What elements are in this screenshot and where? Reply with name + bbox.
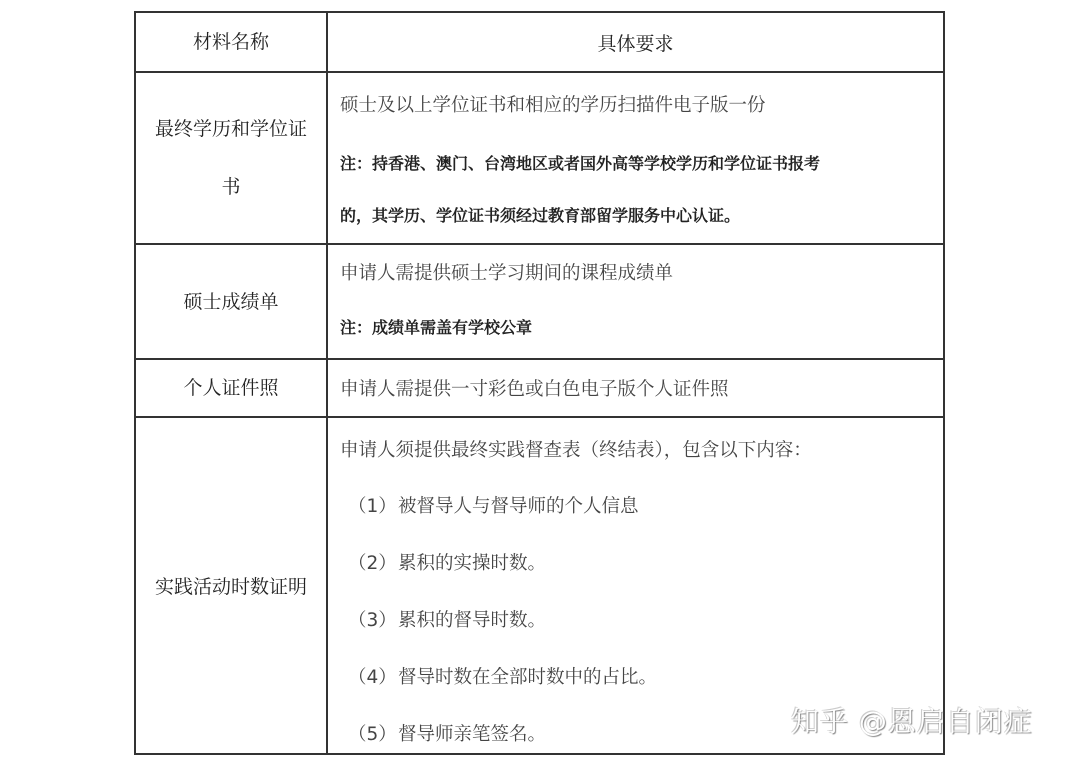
list-item-text: 累积的实操时数。 — [398, 553, 546, 574]
requirement-line: 申请人需提供一寸彩色或白色电子版个人证件照 — [340, 375, 729, 401]
list-item-text: 督导师亲笔签名。 — [398, 724, 546, 745]
row-name: 硕士成绩单 — [136, 245, 328, 358]
row-name-text: 最终学历和学位证书 — [149, 100, 314, 216]
list-item: （1）被督导人与督导师的个人信息 — [340, 492, 639, 518]
list-item-text: 累积的督导时数。 — [398, 610, 546, 631]
requirement-note: 注：成绩单需盖有学校公章 — [340, 315, 532, 338]
header-material-name: 材料名称 — [136, 13, 328, 71]
requirement-note: 的，其学历、学位证书须经过教育部留学服务中心认证。 — [340, 203, 740, 226]
table-row-degree: 最终学历和学位证书 硕士及以上学位证书和相应的学历扫描件电子版一份 注：持香港、… — [136, 71, 943, 243]
materials-table: 材料名称 具体要求 最终学历和学位证书 硕士及以上学位证书和相应的学历扫描件电子… — [134, 11, 945, 755]
list-item-number: （4） — [348, 663, 398, 689]
watermark: 知乎 @恩启自闭症 — [791, 700, 1033, 740]
list-item-text: 督导时数在全部时数中的占比。 — [398, 667, 657, 688]
list-item: （5）督导师亲笔签名。 — [340, 720, 546, 746]
row-name: 个人证件照 — [136, 360, 328, 416]
row-requirement: 申请人需提供一寸彩色或白色电子版个人证件照 — [328, 360, 943, 416]
row-name-text: 实践活动时数证明 — [149, 558, 314, 616]
requirement-intro: 申请人须提供最终实践督查表（终结表），包含以下内容： — [340, 436, 812, 462]
table-row-photo: 个人证件照 申请人需提供一寸彩色或白色电子版个人证件照 — [136, 358, 943, 416]
list-item-number: （1） — [348, 492, 398, 518]
row-name: 最终学历和学位证书 — [136, 73, 328, 243]
list-item: （4）督导时数在全部时数中的占比。 — [340, 663, 657, 689]
list-item-number: （5） — [348, 720, 398, 746]
list-item-number: （2） — [348, 549, 398, 575]
requirement-line: 硕士及以上学位证书和相应的学历扫描件电子版一份 — [340, 91, 766, 117]
table-row-transcript: 硕士成绩单 申请人需提供硕士学习期间的课程成绩单 注：成绩单需盖有学校公章 — [136, 243, 943, 358]
requirement-line: 申请人需提供硕士学习期间的课程成绩单 — [340, 259, 673, 285]
list-item: （3）累积的督导时数。 — [340, 606, 546, 632]
list-item-number: （3） — [348, 606, 398, 632]
requirement-note: 注：持香港、澳门、台湾地区或者国外高等学校学历和学位证书报考 — [340, 151, 820, 174]
list-item: （2）累积的实操时数。 — [340, 549, 546, 575]
header-requirement: 具体要求 — [328, 13, 943, 71]
list-item-text: 被督导人与督导师的个人信息 — [398, 496, 639, 517]
row-name: 实践活动时数证明 — [136, 418, 328, 755]
row-requirement: 申请人需提供硕士学习期间的课程成绩单 注：成绩单需盖有学校公章 — [328, 245, 943, 358]
row-requirement: 硕士及以上学位证书和相应的学历扫描件电子版一份 注：持香港、澳门、台湾地区或者国… — [328, 73, 943, 243]
table-header-row: 材料名称 具体要求 — [136, 13, 943, 71]
